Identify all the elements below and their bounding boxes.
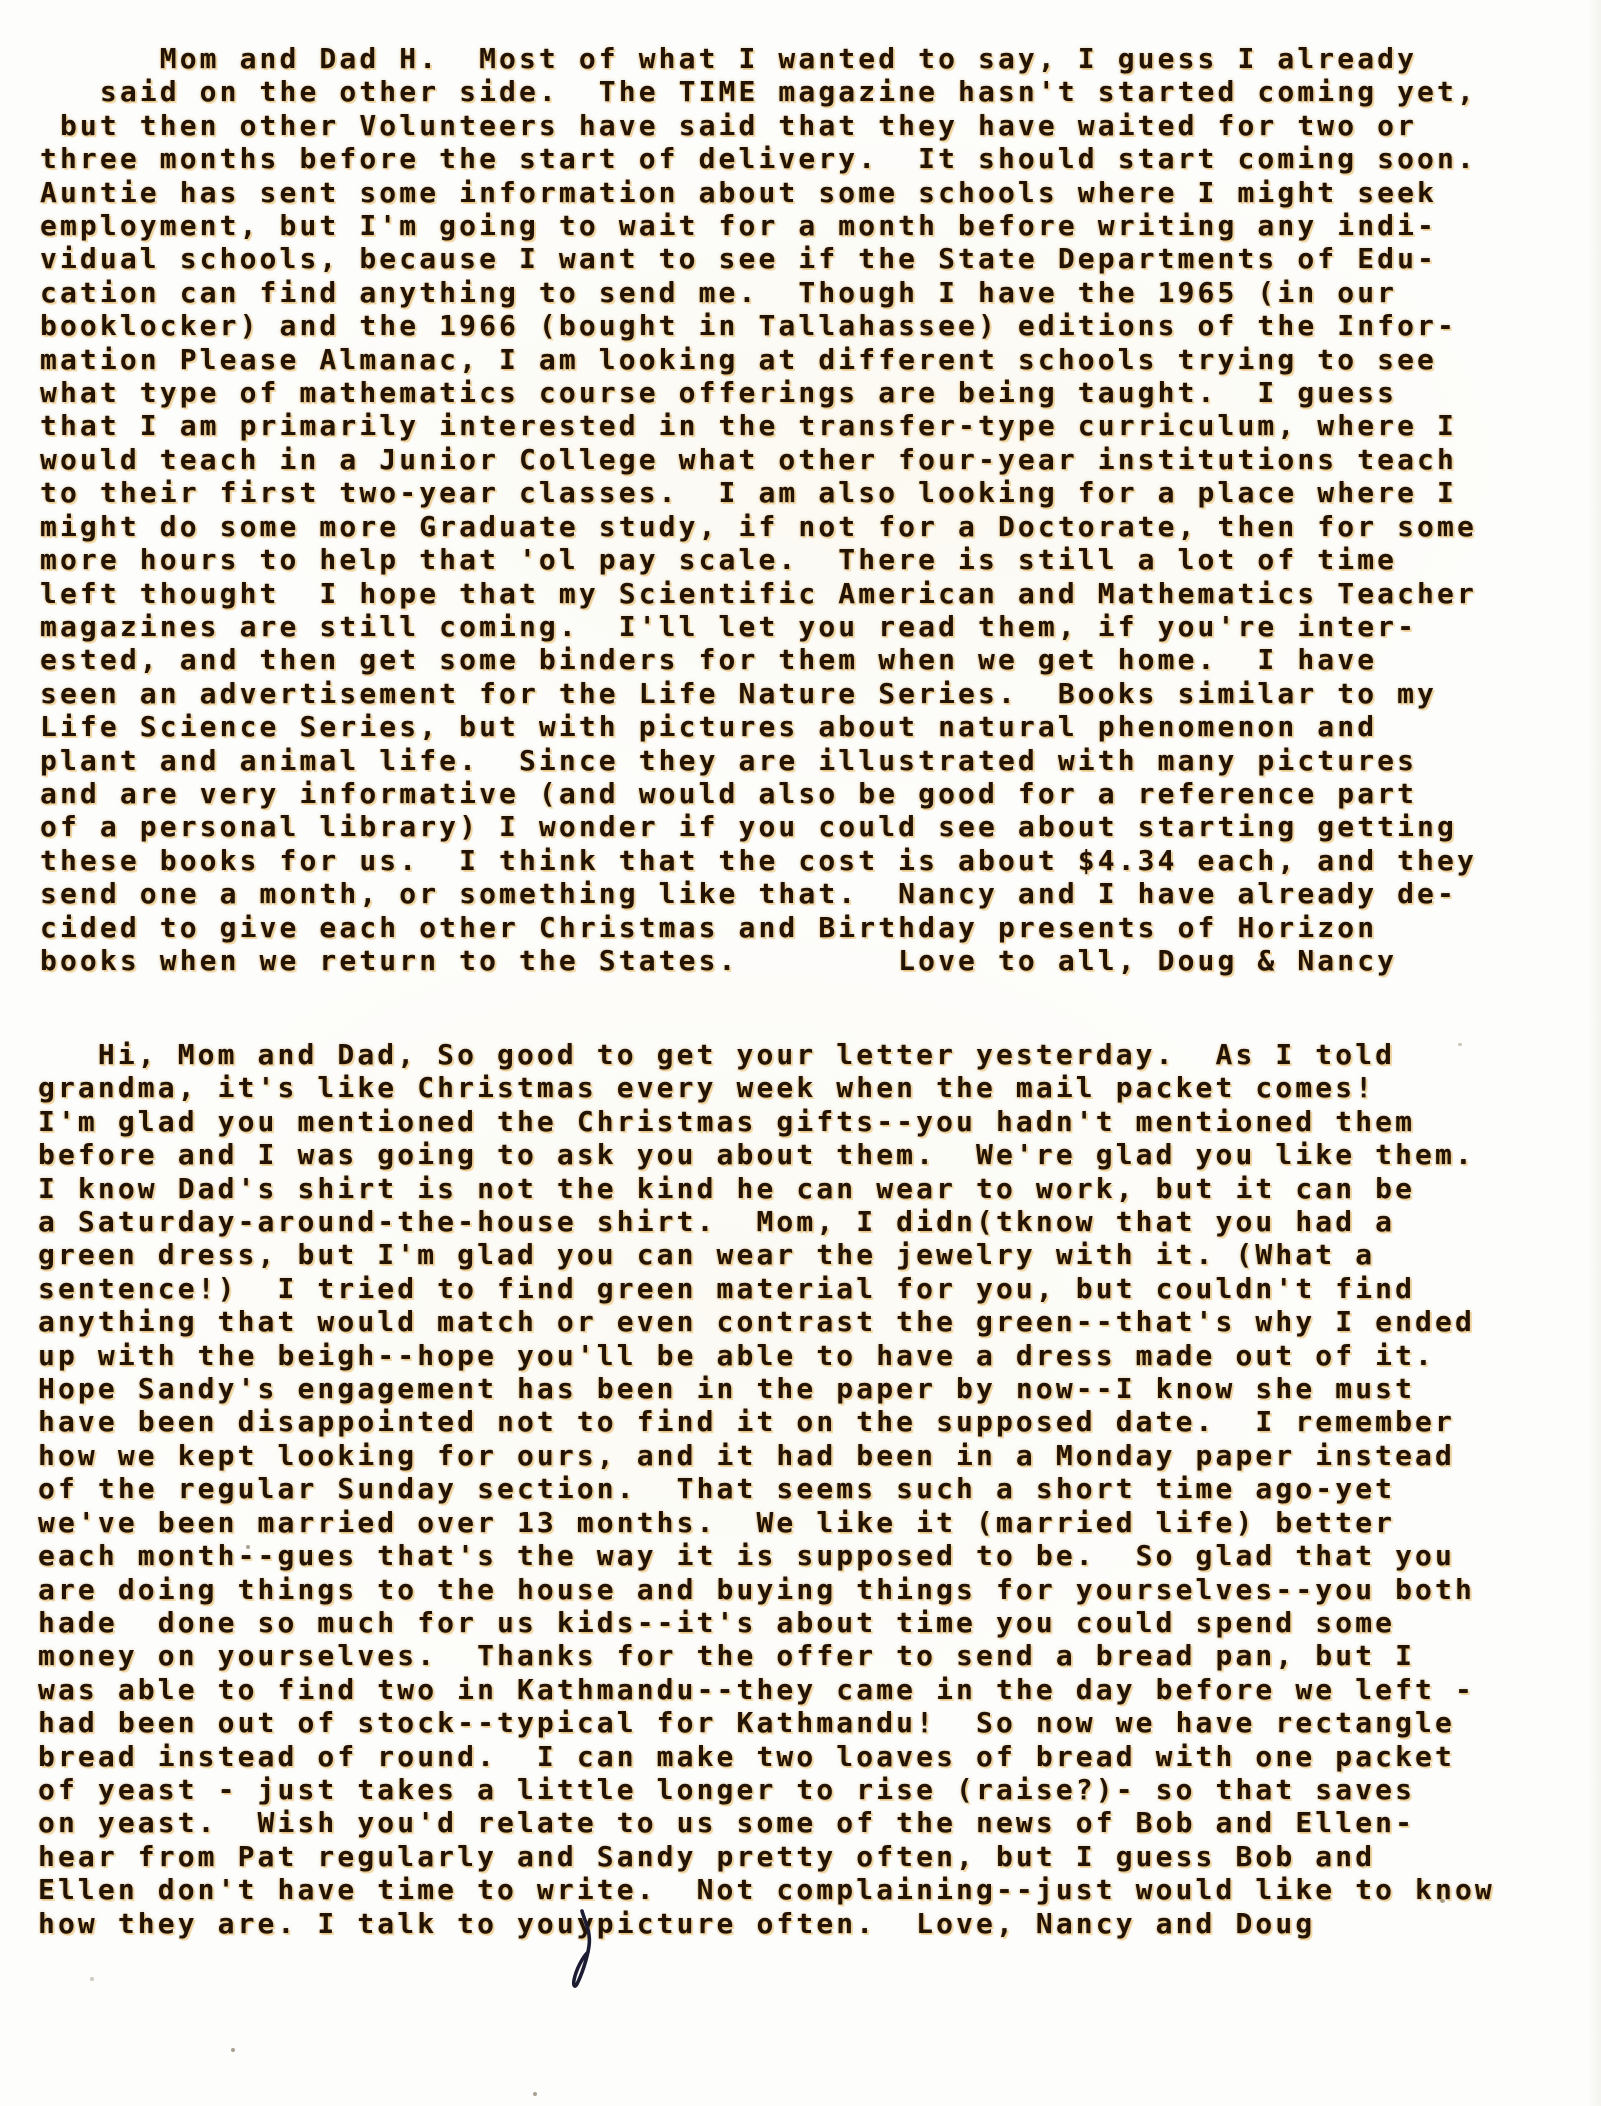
letter-1-body: Mom and Dad H. Most of what I wanted to … [40, 42, 1477, 977]
letter-2-body: Hi, Mom and Dad, So good to get your let… [38, 1038, 1495, 1940]
ink-speck [533, 2092, 537, 2096]
letter-page: Mom and Dad H. Most of what I wanted to … [0, 0, 1601, 2106]
ink-speck [246, 1545, 250, 1549]
ink-speck [231, 2048, 235, 2052]
ink-speck [1458, 1043, 1462, 1046]
ink-speck [90, 1977, 94, 1981]
ink-speck [1440, 1899, 1445, 1903]
